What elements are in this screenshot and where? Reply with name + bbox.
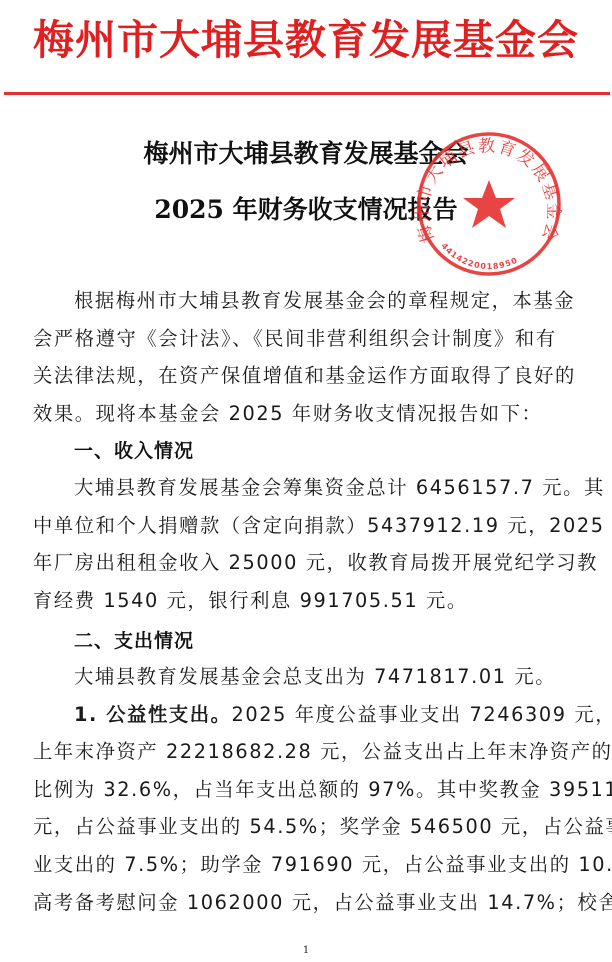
expense-item1-label: 1. 公益性支出。 bbox=[74, 703, 232, 726]
letterhead-org-name: 梅州市大埔县教育发展基金会 bbox=[0, 10, 612, 70]
intro-line: 效果。现将本基金会 2025 年财务收支情况报告如下： bbox=[33, 395, 581, 433]
expense-line: 业支出的 7.5%；助学金 791690 元，占公益事业支出的 10.9%； bbox=[33, 846, 581, 884]
intro-line: 会严格遵守《会计法》、《民间非营利组织会计制度》和有 bbox=[33, 320, 581, 358]
expense-total-line: 大埔县教育发展基金会总支出为 7471817.01 元。 bbox=[33, 658, 581, 696]
income-line: 年厂房出租租金收入 25000 元，收教育局拨开展党纪学习教 bbox=[33, 544, 581, 582]
expense-item1-text: 2025 年度公益事业支出 7246309 元， bbox=[232, 703, 612, 726]
income-line: 大埔县教育发展基金会筹集资金总计 6456157.7 元。其 bbox=[33, 469, 581, 507]
seal-code: 4414220018950 bbox=[439, 241, 519, 271]
intro-line: 根据梅州市大埔县教育发展基金会的章程规定，本基金 bbox=[33, 282, 581, 320]
section-heading-income: 一、收入情况 bbox=[74, 436, 194, 466]
expense-line: 高考备考慰问金 1062000 元，占公益事业支出 14.7%；校舍 bbox=[33, 884, 581, 922]
income-line: 中单位和个人捐赠款（含定向捐款）5437912.19 元，2025 bbox=[33, 507, 581, 545]
expense-line: 比例为 32.6%，占当年支出总额的 97%。其中奖教金 3951119 bbox=[33, 771, 581, 809]
expense-item1-line: 1. 公益性支出。2025 年度公益事业支出 7246309 元， bbox=[33, 696, 581, 734]
seal-star-icon bbox=[463, 180, 515, 228]
expense-line: 元，占公益事业支出的 54.5%；奖学金 546500 元，占公益事 bbox=[33, 808, 581, 846]
income-paragraph: 大埔县教育发展基金会筹集资金总计 6456157.7 元。其 中单位和个人捐赠款… bbox=[33, 469, 581, 619]
page-number: 1 bbox=[0, 945, 612, 956]
intro-line: 关法律法规，在资产保值增值和基金运作方面取得了良好的 bbox=[33, 357, 581, 395]
intro-paragraph: 根据梅州市大埔县教育发展基金会的章程规定，本基金 会严格遵守《会计法》、《民间非… bbox=[33, 282, 581, 432]
section-heading-expense: 二、支出情况 bbox=[74, 626, 194, 656]
official-seal-stamp: 梅州市大埔县教育发展基金会 4414220018950 bbox=[397, 128, 567, 278]
income-line: 育经费 1540 元，银行利息 991705.51 元。 bbox=[33, 582, 581, 620]
expense-paragraph: 大埔县教育发展基金会总支出为 7471817.01 元。 1. 公益性支出。20… bbox=[33, 658, 581, 921]
letterhead-divider bbox=[4, 92, 610, 95]
expense-line: 上年末净资产 22218682.28 元，公益支出占上年末净资产的 bbox=[33, 733, 581, 771]
svg-text:4414220018950: 4414220018950 bbox=[439, 241, 519, 271]
